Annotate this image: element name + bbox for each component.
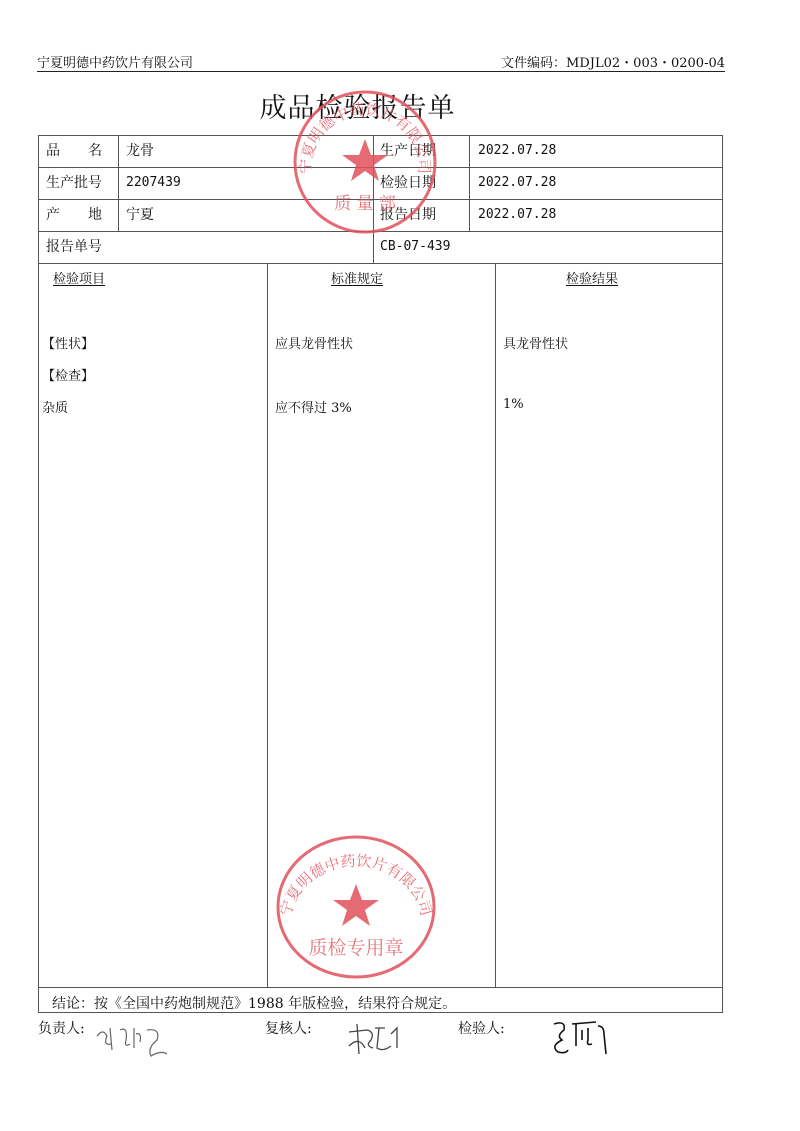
page-title: 成品检验报告单 — [0, 86, 715, 125]
col-divider — [469, 135, 470, 231]
inspector-signature — [550, 1018, 620, 1060]
origin-value: 宁夏 — [126, 199, 154, 231]
header-divider — [37, 71, 725, 72]
document-code: 文件编码：MDJL02・003・0200-04 — [501, 52, 725, 71]
inspection-date-value: 2022.07.28 — [478, 167, 556, 199]
origin-label: 产 地 — [46, 199, 102, 231]
inspection-date-label: 检验日期 — [380, 167, 436, 199]
product-name-label: 品 名 — [46, 135, 102, 167]
row-divider — [38, 263, 723, 264]
report-no-label: 报告单号 — [46, 231, 102, 263]
batch-label: 生产批号 — [46, 167, 102, 199]
company-name: 宁夏明德中药饮片有限公司 — [37, 52, 193, 71]
row-item: 杂质 — [42, 397, 68, 416]
reviewer-signature — [345, 1020, 405, 1060]
row-standard: 应不得过 3% — [275, 397, 352, 416]
row-standard: 应具龙骨性状 — [275, 333, 353, 352]
report-no-value: CB-07-439 — [380, 231, 450, 263]
inspector-label: 检验人: — [458, 1018, 505, 1038]
column-header-standard: 标准规定 — [331, 268, 383, 287]
row-item: 【性状】 — [42, 333, 94, 352]
production-date-value: 2022.07.28 — [478, 135, 556, 167]
responsible-label: 负责人: — [38, 1018, 85, 1038]
report-table — [38, 135, 723, 1013]
col-divider — [267, 263, 268, 987]
responsible-signature — [92, 1018, 177, 1060]
report-date-value: 2022.07.28 — [478, 199, 556, 231]
col-divider — [495, 263, 496, 987]
reviewer-label: 复核人: — [265, 1018, 312, 1038]
batch-value: 2207439 — [126, 167, 181, 199]
product-name-value: 龙骨 — [126, 135, 154, 167]
row-divider — [38, 987, 723, 988]
column-header-result: 检验结果 — [566, 268, 618, 287]
row-result: 具龙骨性状 — [503, 333, 568, 352]
production-date-label: 生产日期 — [380, 135, 436, 167]
row-result: 1% — [503, 397, 524, 412]
col-divider — [118, 135, 119, 231]
column-header-item: 检验项目 — [53, 268, 105, 287]
col-divider — [373, 135, 374, 263]
conclusion: 结论：按《全国中药炮制规范》1988 年版检验，结果符合规定。 — [52, 993, 456, 1013]
report-date-label: 报告日期 — [380, 199, 436, 231]
row-item: 【检查】 — [42, 365, 94, 384]
